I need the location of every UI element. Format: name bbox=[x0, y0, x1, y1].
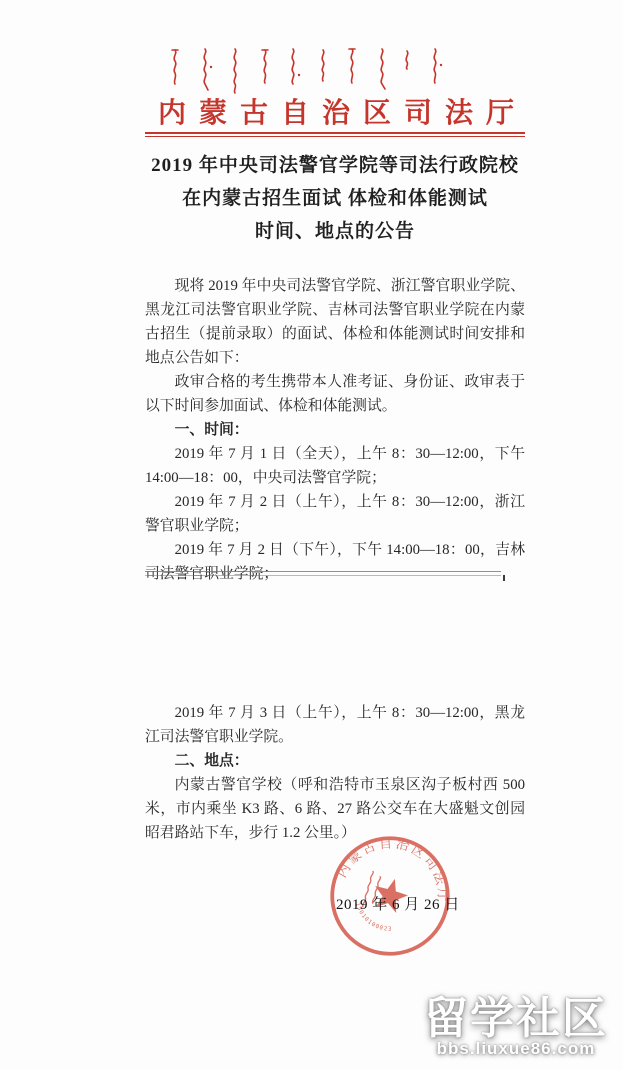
issue-date: 2019 年 6 月 26 日 bbox=[336, 893, 460, 914]
watermark-title: 留学社区 bbox=[409, 996, 623, 1042]
page-join-line bbox=[145, 571, 501, 576]
section-heading-location: 二、地点： bbox=[145, 749, 525, 773]
document-title-line-1: 2019 年中央司法警官学院等司法行政院校 bbox=[145, 149, 525, 182]
requirements-paragraph: 政审合格的考生携带本人准考证、身份证、政审表于以下时间参加面试、体检和体能测试。 bbox=[145, 370, 525, 418]
mongolian-script-icon bbox=[167, 45, 452, 97]
scan-artifact-mark bbox=[503, 575, 505, 581]
document-title-line-2: 在内蒙古招生面试 体检和体能测试 bbox=[145, 182, 525, 215]
document-text: 现将 2019 年中央司法警官学院、浙江警官职业学院、黑龙江司法警官职业学院、吉… bbox=[145, 274, 525, 586]
document-title-line-3: 时间、地点的公告 bbox=[145, 215, 525, 248]
document-body: 内蒙古自治区司法厅 2019 年中央司法警官学院等司法行政院校 在内蒙古招生面试… bbox=[145, 45, 525, 586]
watermark-url: bbs.liuxue86.com bbox=[409, 1039, 623, 1059]
intro-paragraph: 现将 2019 年中央司法警官学院、浙江警官职业学院、黑龙江司法警官职业学院、吉… bbox=[145, 274, 525, 370]
header-rule bbox=[145, 132, 525, 137]
document-title: 2019 年中央司法警官学院等司法行政院校 在内蒙古招生面试 体检和体能测试 时… bbox=[145, 149, 525, 248]
issuing-agency-title: 内蒙古自治区司法厅 bbox=[145, 99, 525, 129]
schedule-item: 2019 年 7 月 3 日（上午），上午 8：30—12:00，黑龙江司法警官… bbox=[145, 701, 525, 749]
section-heading-time: 一、时间： bbox=[145, 418, 525, 442]
scanned-document-page: 内蒙古自治区司法厅 2019 年中央司法警官学院等司法行政院校 在内蒙古招生面试… bbox=[0, 0, 623, 1069]
document-text-continued: 2019 年 7 月 3 日（上午），上午 8：30—12:00，黑龙江司法警官… bbox=[145, 701, 525, 845]
schedule-item: 2019 年 7 月 1 日（全天），上午 8：30—12:00，下午 14:0… bbox=[145, 442, 525, 490]
schedule-item: 2019 年 7 月 2 日（上午），上午 8：30—12:00，浙江警官职业学… bbox=[145, 490, 525, 538]
watermark: 留学社区 bbs.liuxue86.com bbox=[409, 996, 623, 1059]
schedule-item: 2019 年 7 月 2 日（下午），下午 14:00—18：00，吉林司法警官… bbox=[145, 538, 525, 586]
